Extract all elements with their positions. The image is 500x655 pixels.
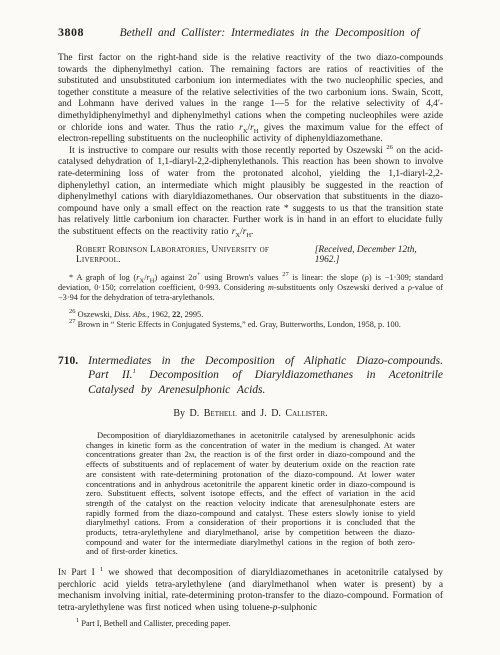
article-title: Intermediates in the Decomposition of Al… bbox=[88, 354, 443, 398]
continuation-paragraph-1: The first factor on the right-hand side … bbox=[58, 53, 443, 146]
running-title: Bethell and Callister: Intermediates in … bbox=[96, 27, 443, 39]
reference-list: 26 Oszewski, Diss. Abs., 1962, 22, 2995.… bbox=[58, 310, 443, 330]
reference-27: 27 Brown in “ Steric Effects in Conjugat… bbox=[58, 320, 443, 330]
continuation-paragraph-2: It is instructive to compare our results… bbox=[58, 146, 443, 239]
journal-page: 3808 Bethell and Callister: Intermediate… bbox=[0, 0, 500, 629]
reference-26: 26 Oszewski, Diss. Abs., 1962, 22, 2995. bbox=[58, 310, 443, 320]
article-heading: 710. Intermediates in the Decomposition … bbox=[58, 354, 443, 398]
footnote-1: 1 Part I, Bethell and Callister, precedi… bbox=[58, 619, 443, 629]
footnote-block: * A graph of log (rX/rH) against 2σ+ usi… bbox=[58, 273, 443, 330]
page-number: 3808 bbox=[58, 25, 84, 40]
laboratory-address: Robert Robinson Laboratories, University… bbox=[76, 245, 315, 265]
received-date: [Received, December 12th, 1962.] bbox=[315, 245, 443, 265]
article-number: 710. bbox=[58, 354, 78, 398]
article-body-paragraph: In Part I 1 we showed that decomposition… bbox=[58, 568, 443, 614]
asterisk-footnote: * A graph of log (rX/rH) against 2σ+ usi… bbox=[58, 273, 443, 303]
abstract: Decomposition of diaryldiazomethanes in … bbox=[86, 431, 415, 557]
byline: By D. Bethell and J. D. Callister. bbox=[58, 408, 443, 419]
running-header: 3808 Bethell and Callister: Intermediate… bbox=[58, 25, 443, 40]
signature-line: Robert Robinson Laboratories, University… bbox=[58, 245, 443, 265]
